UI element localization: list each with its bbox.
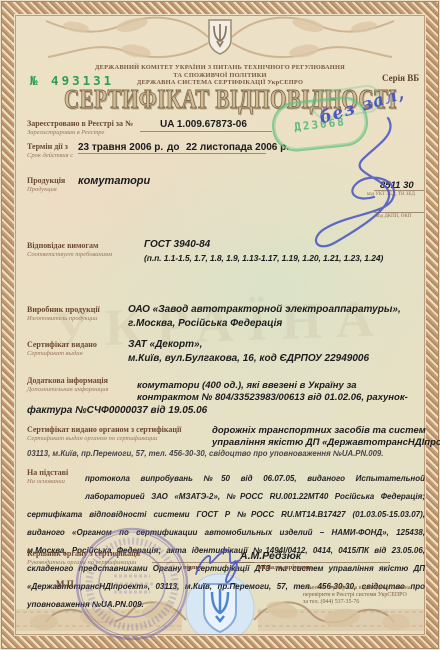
seal-place-mark: М.П. [56,579,76,589]
field-product-value: комутатори [78,175,150,188]
field-issued-to-label: Сертифікат видано Сертификат выдан [27,340,97,358]
field-manufacturer-line2: г.Москва, Російська Федерація [128,317,282,330]
certificate-title: СЕРТИФІКАТ ВІДПОВІДНОСТІ [64,84,376,114]
committee-line: ДЕРЖАВНИЙ КОМІТЕТ УКРАЇНИ З ПИТАНЬ ТЕХНІ… [70,64,370,72]
field-term-to: 22 листопада 2006 р. [186,141,289,154]
ukt-code: 8511 30 [380,179,414,192]
field-manufacturer-line1: ОАО «Завод автотракторной электроаппарат… [128,303,401,316]
field-term-from: 23 травня 2006 р. [78,141,163,154]
field-issuing-body-line2: управління якістю ДП «ДержавтотрансНДІпр… [212,436,440,449]
field-conforms-label: Відповідає вимогам Соответствует требова… [27,241,112,259]
field-product-label: Продукція Продукция [27,176,65,194]
ukt-code-caption: код УКТ ЗЕД, ТН ЗЕД [367,192,415,198]
name-caption: ініціали, прізвище [258,564,312,572]
field-issuing-body-line3: 03113, м.Київ, пр.Перемоги, 57, тел. 456… [27,449,383,458]
series-label: Серія ВБ [382,73,419,83]
field-manufacturer-label: Виробник продукції Изготовитель продукци… [27,305,100,323]
verify-note: Чинність сертифіката відповідності можна… [303,585,433,607]
field-issued-to-line2: м.Київ, вул.Булгакова, 16, код ЄДРПОУ 22… [128,352,369,365]
field-registered-label: Зареєстровано в Реєстрі за № Зарегистрир… [27,119,133,137]
field-basis-label: На підставі На основании [27,468,85,490]
field-head-label: Керівник органу з сертифікації Руководит… [27,549,140,567]
field-additional-line2: контрактом № 804/33523983/00613 від 01.0… [137,391,408,404]
field-term-to-word: до [167,141,179,154]
field-conforms-line2: (п.п. 1.1-1.5, 1.7, 1.8, 1.9, 1.13-1.17,… [144,252,383,265]
field-additional-line3: фактура №СЧФ0000037 від 19.05.06 [27,404,207,417]
verify-note-line: за тел. (044) 537-35-76 [303,599,433,606]
coat-of-arms-icon [209,20,231,54]
field-issued-to-line1: ЗАТ «Декорт», [128,338,202,351]
green-stamp-code: Д23068 [294,115,347,133]
signature-caption: підпис [183,564,202,572]
field-additional-label: Додаткова інформація Дополнительная инфо… [27,376,108,394]
rule [140,131,272,132]
rule [374,212,424,213]
verify-note-line: Чинність сертифіката відповідності можна [303,585,433,592]
field-conforms-line1: ГОСТ 3940-84 [144,238,210,251]
field-issuing-body-label: Сертифікат видано органом з сертифікації… [27,425,181,443]
top-ornament [16,9,424,63]
dkpp-code-caption: код ДКПП, ОКП [376,214,411,220]
certificate-page: № 493131 ДЕРЖАВНИЙ КОМІТЕТ УКРАЇНИ З ПИТ… [0,0,440,650]
field-registered-value: UA 1.009.67873-06 [160,118,247,131]
committee-line: ТА СПОЖИВЧОЇ ПОЛІТИКИ [70,72,370,80]
head-name: А.М.Редзюк [240,550,301,563]
field-term-label: Термін дії з Срок действия с [27,142,73,160]
